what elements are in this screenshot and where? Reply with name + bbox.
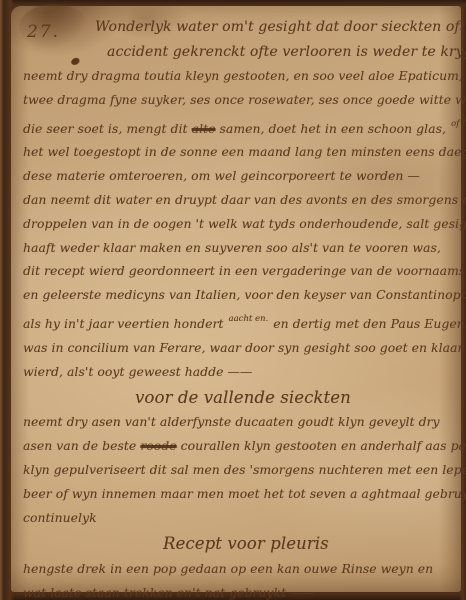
manuscript-line: asen van de beste roode courallen klyn g…: [23, 435, 455, 459]
manuscript-line: dan neemt dit water en druypt daar van d…: [23, 189, 455, 213]
line-text: neemt dry dragma toutia kleyn gestooten,…: [23, 69, 463, 83]
manuscript-line: wierd, als't ooyt geweest hadde ——: [23, 361, 455, 385]
manuscript-line: als hy in't jaar veertien hondert aacht …: [23, 308, 455, 337]
line-text: hengste drek in een pop gedaan op een ka…: [23, 562, 433, 576]
line-text: en dertig met den Paus Eugenius de vierd…: [269, 317, 466, 331]
line-text: neemt dry asen van't alderfynste ducaate…: [23, 415, 440, 429]
line-text: samen, doet het in een schoon glas,: [215, 122, 450, 136]
manuscript-line: dit recept wierd geordonneert in een ver…: [23, 260, 455, 284]
line-text: beer of wyn innemen maar men moet het to…: [23, 487, 466, 501]
line-text: courallen klyn gestooten en anderhalf aa…: [177, 439, 466, 453]
interlinear-insertion: aacht en.: [229, 308, 269, 332]
manuscript-line: neemt dry dragma toutia kleyn gestooten,…: [23, 65, 455, 89]
line-text: klyn gepulveriseert dit sal men des 'smo…: [23, 463, 466, 477]
manuscript-page: 27. Wonderlyk water om't gesight dat doo…: [11, 6, 461, 592]
line-text: dese materie omteroeren, om wel geincorp…: [23, 169, 420, 183]
struck-word: alte: [192, 122, 216, 136]
line-text: twee dragma fyne suyker, ses once rosewa…: [23, 93, 466, 107]
line-text: wat laate staan trekken en't nat gebruyk…: [23, 586, 315, 600]
manuscript-line: haaft weder klaar maken en suyveren soo …: [23, 237, 455, 261]
manuscript-line: hengste drek in een pop gedaan op een ka…: [23, 558, 455, 582]
manuscript-line: twee dragma fyne suyker, ses once rosewa…: [23, 89, 455, 113]
line-text: die seer soet is, mengt dit: [23, 122, 192, 136]
manuscript-line: beer of wyn innemen maar men moet het to…: [23, 483, 455, 507]
line-text: was in concilium van Ferare, waar door s…: [23, 341, 463, 355]
line-text: continuelyk: [23, 511, 97, 525]
line-text: Wonderlyk water om't gesight dat door si…: [95, 19, 466, 35]
line-text: dit recept wierd geordonneert in een ver…: [23, 264, 466, 278]
manuscript-line: en geleerste medicyns van Italien, voor …: [23, 284, 455, 308]
manuscript-line: droppelen van in de oogen 't welk wat ty…: [23, 213, 455, 237]
book-binding-frame: 27. Wonderlyk water om't gesight dat doo…: [0, 0, 466, 600]
manuscript-line: wat laate staan trekken en't nat gebruyk…: [23, 582, 455, 600]
manuscript-line: accident gekrenckt ofte verlooren is wed…: [107, 40, 455, 65]
manuscript-line: continuelyk: [23, 507, 455, 531]
line-text: voor de vallende sieckten: [135, 388, 351, 407]
manuscript-line: Recept voor pleuris: [163, 530, 455, 558]
line-text: wierd, als't ooyt geweest hadde ——: [23, 365, 252, 379]
line-text: het wel toegestopt in de sonne een maand…: [23, 145, 466, 159]
line-text: droppelen van in de oogen 't welk wat ty…: [23, 217, 466, 231]
manuscript-line: het wel toegestopt in de sonne een maand…: [23, 141, 455, 165]
manuscript-line: neemt dry asen van't alderfynste ducaate…: [23, 411, 455, 435]
line-text: Recept voor pleuris: [163, 534, 329, 553]
manuscript-lines: Wonderlyk water om't gesight dat door si…: [11, 6, 461, 592]
struck-word: roode: [140, 439, 176, 453]
line-text: asen van de beste: [23, 439, 140, 453]
line-text: haaft weder klaar maken en suyveren soo …: [23, 241, 441, 255]
manuscript-line: was in concilium van Ferare, waar door s…: [23, 337, 455, 361]
interlinear-insertion: of fles: [451, 113, 466, 137]
manuscript-line: voor de vallende sieckten: [135, 384, 455, 411]
manuscript-line: klyn gepulveriseert dit sal men des 'smo…: [23, 459, 455, 483]
line-text: en geleerste medicyns van Italien, voor …: [23, 288, 466, 302]
manuscript-line: Wonderlyk water om't gesight dat door si…: [95, 14, 455, 40]
line-text: als hy in't jaar veertien hondert: [23, 317, 228, 331]
line-text: accident gekrenckt ofte verlooren is wed…: [107, 44, 466, 60]
manuscript-line: die seer soet is, mengt dit alte samen, …: [23, 113, 455, 142]
line-text: dan neemt dit water en druypt daar van d…: [23, 193, 466, 207]
manuscript-line: dese materie omteroeren, om wel geincorp…: [23, 165, 455, 189]
